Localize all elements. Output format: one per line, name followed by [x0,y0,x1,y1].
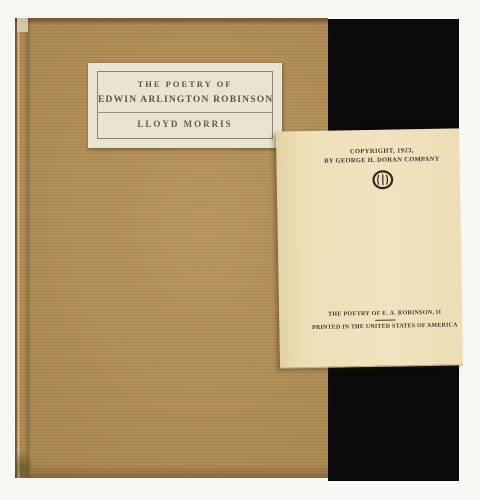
series-title-line: THE POETRY OF E. A. ROBINSON, II [309,309,460,318]
cover-label: THE POETRY OF EDWIN ARLINGTON ROBINSON L… [88,63,282,148]
printed-in-line: PRINTED IN THE UNITED STATES OF AMERICA [309,322,460,331]
copyright-line2: BY GEORGE H. DORAN COMPANY [306,155,457,165]
imprint-block: THE POETRY OF E. A. ROBINSON, II PRINTED… [309,309,460,331]
copyright-block: COPYRIGHT, 1923, BY GEORGE H. DORAN COMP… [306,146,458,196]
book-photo: THE POETRY OF EDWIN ARLINGTON ROBINSON L… [0,0,480,500]
copyright-line1: COPYRIGHT, 1923, [306,146,457,156]
publisher-monogram-icon [307,168,458,196]
spine-wear-mark [15,451,33,477]
cover-label-frame: THE POETRY OF EDWIN ARLINGTON ROBINSON L… [97,71,273,139]
cover-label-title-line2: EDWIN ARLINGTON ROBINSON [98,95,272,105]
copyright-page: COPYRIGHT, 1923, BY GEORGE H. DORAN COMP… [276,128,463,368]
cover-label-title-line1: THE POETRY OF [98,79,272,89]
spine-label [17,18,28,32]
imprint-divider [375,320,395,321]
cover-label-author: LLOYD MORRIS [98,119,272,129]
label-divider [98,112,272,113]
copyright-page-content: COPYRIGHT, 1923, BY GEORGE H. DORAN COMP… [306,128,461,367]
